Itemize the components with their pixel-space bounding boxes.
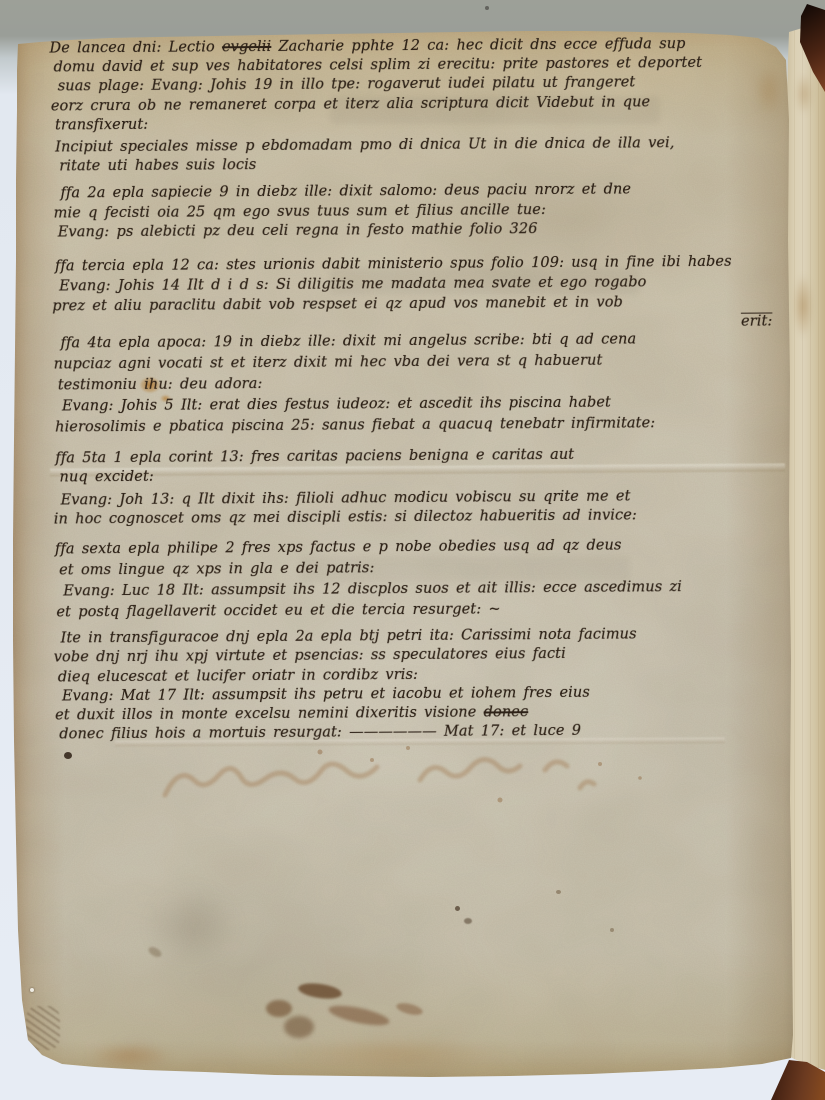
backdrop-speck xyxy=(485,6,489,10)
fore-edge-stain xyxy=(789,260,817,352)
manuscript-page: De lancea dni: Lectio evgelii Zacharie p… xyxy=(0,0,825,1100)
paper-grain-texture xyxy=(0,0,825,1100)
fore-edge-stain xyxy=(791,64,817,124)
manuscript-photo: De lancea dni: Lectio evgelii Zacharie p… xyxy=(0,0,825,1100)
